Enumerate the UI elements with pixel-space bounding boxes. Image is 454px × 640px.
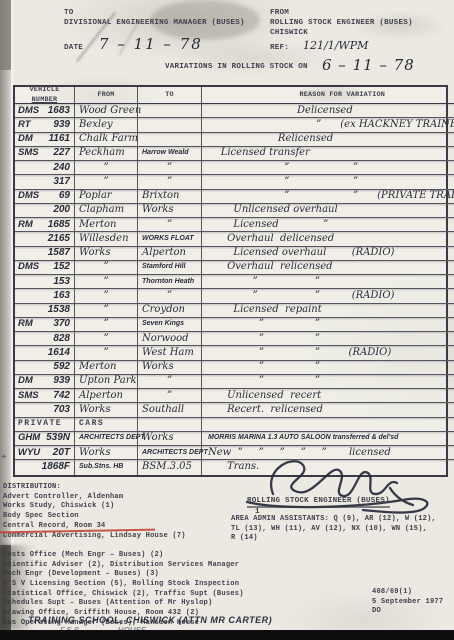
distribution-line: P S V Licensing Section (5), Rolling Sto… — [3, 580, 253, 590]
vehicle-prefix: SMS — [18, 391, 39, 401]
cell-from: ” — [75, 161, 138, 175]
binding-edge-dark-top — [0, 0, 11, 70]
cell-vehicle-number: 153 — [15, 275, 75, 289]
vehicle-number: 20T — [53, 448, 70, 458]
vehicle-number: 828 — [53, 334, 70, 344]
cell-to: Thornton Heath — [138, 275, 202, 289]
cell-vehicle-number: WYU20T — [15, 446, 75, 460]
cell-from-text: ” — [103, 348, 108, 358]
cell-from-text: Bexley — [79, 120, 113, 130]
cell-reason-text: ” ” — [208, 163, 358, 173]
footer-ref: 408/69(1) — [372, 588, 443, 598]
cell-reason-text: ” ” — [208, 277, 320, 287]
cell-from: Upton Park — [75, 375, 138, 389]
cell-to-text: ” — [167, 391, 172, 401]
vehicle-prefix: DMS — [18, 191, 39, 201]
variations-table: VEHICLE NUMBER FROM TO REASON FOR VARIAT… — [13, 85, 448, 477]
distribution-line: Schedules Supt – Buses (Attention of Mr … — [3, 599, 253, 609]
cell-from-text: ” — [103, 334, 108, 344]
cell-reason: Licensed repaint — [202, 304, 454, 318]
from-value-location: CHISWICK — [270, 29, 308, 38]
cell-from-text: Works — [79, 405, 111, 415]
footer-reference-block: 408/69(1) 5 September 1977 DO — [372, 588, 443, 617]
vehicle-number: 152 — [53, 262, 70, 272]
cell-reason: Licensed ” — [202, 218, 454, 232]
cell-from: Poplar — [75, 190, 138, 204]
cell-vehicle-number: DMS69 — [15, 190, 75, 204]
cell-to: Croydon — [138, 304, 202, 318]
vehicle-number: 1685 — [48, 220, 70, 230]
cell-reason-text: Unlicensed recert — [208, 391, 321, 401]
cell-from: Clapham — [75, 204, 138, 218]
vehicle-number: 240 — [53, 163, 70, 173]
col-header-vehicle-line1: VEHICLE — [30, 85, 60, 95]
vehicle-prefix: DMS — [18, 106, 39, 116]
date-value-handwritten: 7 – 11 – 78 — [99, 35, 203, 53]
cell-vehicle-number: 828 — [15, 332, 75, 346]
cell-from: Merton — [75, 218, 138, 232]
handwritten-training-school-line: TRAINING SCHOOL, CHISWICK (ATTN MR CARTE… — [28, 615, 272, 625]
cell-reason-text: ” ” — [208, 177, 358, 187]
cell-to-text: Brixton — [142, 191, 179, 201]
cell-vehicle-number: 1587 — [15, 247, 75, 261]
cell-to: ” — [138, 161, 202, 175]
cell-to: West Ham — [138, 346, 202, 360]
cell-from-text: ” — [103, 305, 108, 315]
cell-from: Wood Green — [75, 104, 138, 118]
cell-to: Harrow Weald — [138, 147, 202, 161]
cell-to-text: WORKS FLOAT — [142, 234, 194, 244]
cell-to: ” — [138, 175, 202, 189]
vehicle-prefix: DMS — [18, 262, 39, 272]
vehicle-number: 1868F — [42, 462, 70, 472]
vehicle-prefix: RT — [18, 120, 31, 130]
col-header-to-label: TO — [165, 90, 174, 100]
from-value: ROLLING STOCK ENGINEER (BUSES) — [270, 19, 413, 28]
cell-to: Norwood — [138, 332, 202, 346]
admin-assistants-line: AREA ADMIN ASSISTANTS: Q (9), AR (12), W… — [231, 515, 453, 525]
cell-vehicle-number: 2165 — [15, 232, 75, 246]
cell-reason: RelicensedE — [202, 133, 454, 147]
vehicle-prefix: RM — [18, 319, 33, 329]
distribution-line: Costs Office (Mech Engr – Buses) (2) — [3, 551, 253, 561]
cell-reason: Licensed transfer — [202, 147, 454, 161]
cell-from-text: ” — [103, 319, 108, 329]
cell-vehicle-number: 1868F — [15, 460, 75, 474]
pencil-plus-mark: + — [1, 452, 7, 463]
cell-reason-text: ” ” (RADIO) — [208, 291, 394, 301]
cell-to: ” — [138, 375, 202, 389]
cell-vehicle-number: RT939 — [15, 118, 75, 132]
vehicle-number: 939 — [53, 120, 70, 130]
cell-vehicle-number: 1538 — [15, 304, 75, 318]
cell-reason: ” ” — [202, 161, 454, 175]
cell-reason-text: Delicensed — [208, 106, 353, 116]
cell-to — [138, 133, 202, 147]
cell-from-text: ” — [103, 163, 108, 173]
cell-vehicle-number: RM1685 — [15, 218, 75, 232]
distribution-line: Commercial Advertising, Lindsay House (7… — [3, 532, 253, 542]
vehicle-number: 227 — [53, 148, 70, 158]
distribution-line: Works Study, Chiswick (1) — [3, 502, 253, 512]
cell-to-text: ” — [167, 291, 172, 301]
cell-reason: ” ” (PRIVATE TRAINER)NE — [202, 190, 454, 204]
cell-reason-text: Licensed ” — [208, 220, 328, 230]
cell-from: Sub.Stns. HB — [75, 460, 138, 474]
cell-from: ” — [75, 275, 138, 289]
cell-from: ” — [75, 175, 138, 189]
cell-reason: Overhaul relicensedE — [202, 261, 454, 275]
cell-from-text: Wood Green — [79, 106, 141, 116]
cell-to: Works — [138, 361, 202, 375]
cell-reason-text: ” ” — [208, 376, 320, 386]
cell-vehicle-number: DMS152 — [15, 261, 75, 275]
scan-bottom-bar — [0, 630, 454, 640]
cell-from: ” — [75, 332, 138, 346]
cell-reason-text: MORRIS MARINA 1.3 AUTO SALOON transferre… — [208, 433, 398, 443]
distribution-line: Advert Controller, Aldenham — [3, 493, 253, 503]
cell-reason-text: ” ” — [208, 334, 320, 344]
cell-from: CARS — [75, 418, 138, 432]
col-header-reason: REASON FOR VARIATION — [202, 87, 454, 104]
cell-vehicle-number: SMS227 — [15, 147, 75, 161]
cell-from-text: ARCHITECTS DEPT — [79, 433, 145, 443]
cell-to: ” — [138, 218, 202, 232]
cell-to: Seven Kings — [138, 318, 202, 332]
cell-to-text: ” — [167, 376, 172, 386]
vehicle-prefix: GHM — [18, 433, 40, 443]
cell-to-text: Works — [142, 433, 174, 443]
distribution-line: Mech Engr (Development – Buses) (3) — [3, 570, 253, 580]
cell-vehicle-number: 1614 — [15, 346, 75, 360]
ref-label: REF: — [270, 44, 289, 53]
vehicle-number: 1161 — [48, 134, 70, 144]
admin-assistants-line: TL (13), WH (11), AV (12), NX (10), WN (… — [231, 525, 453, 535]
signature-area — [235, 450, 450, 525]
cell-to-text: BSM.3.05 — [142, 462, 192, 472]
cell-from-text: Willesden — [79, 234, 129, 244]
cell-from-text: Sub.Stns. HB — [79, 462, 123, 472]
cell-from-text: Chalk Farm — [79, 134, 138, 144]
vehicle-number: 1538 — [48, 305, 70, 315]
cell-from: ” — [75, 261, 138, 275]
cell-to-text: Harrow Weald — [142, 148, 189, 158]
distribution-line — [3, 541, 253, 551]
cell-vehicle-number: 240 — [15, 161, 75, 175]
distribution-line: Body Spec Section — [3, 512, 253, 522]
cell-to: ” — [138, 389, 202, 403]
cell-reason-text: ” ” (RADIO) — [208, 348, 391, 358]
vehicle-number: 703 — [53, 405, 70, 415]
cell-reason-text: ” ” (PRIVATE TRAINER) — [208, 191, 454, 201]
cell-vehicle-number: DMS1683 — [15, 104, 75, 118]
vehicle-prefix: RM — [18, 220, 33, 230]
vehicle-number: 539N — [46, 433, 70, 443]
signature-scrawl — [235, 450, 450, 525]
cell-to-text: Croydon — [142, 305, 185, 315]
cell-reason-text: ” (ex HACKNEY TRAINER) — [208, 120, 454, 130]
vehicle-number: 1683 — [48, 106, 70, 116]
cell-from-text: Peckham — [79, 148, 125, 158]
cell-reason-text: Licensed repaint — [208, 305, 322, 315]
cell-vehicle-number: 703 — [15, 403, 75, 417]
cell-reason-text: Unlicensed overhaul — [208, 205, 338, 215]
distribution-list: DISTRIBUTION: Advert Controller, Aldenha… — [3, 483, 253, 629]
cell-reason: Unlicensed recertE — [202, 389, 454, 403]
cell-reason: MORRIS MARINA 1.3 AUTO SALOON transferre… — [202, 432, 454, 446]
cell-to: WORKS FLOAT — [138, 232, 202, 246]
cell-to: BSM.3.05 — [138, 460, 202, 474]
cell-to-text: Southall — [142, 405, 184, 415]
cell-to — [138, 418, 202, 432]
cell-from-text: ” — [103, 277, 108, 287]
vehicle-prefix: WYU — [18, 448, 40, 458]
document-title: VARIATIONS IN ROLLING STOCK ON — [165, 63, 308, 72]
col-header-vehicle-number: VEHICLE NUMBER — [15, 87, 75, 104]
cell-from: ” — [75, 304, 138, 318]
cell-from: ” — [75, 346, 138, 360]
signatory-title: ROLLING STOCK ENGINEER (BUSES) — [247, 497, 390, 508]
admin-assistants-line: R (14) — [231, 534, 453, 544]
cell-vehicle-number: PRIVATE — [15, 418, 75, 432]
cell-vehicle-number: 163 — [15, 289, 75, 303]
cell-to-text: ” — [167, 177, 172, 187]
cell-from-text: Poplar — [79, 191, 112, 201]
cell-reason: ” ” — [202, 175, 454, 189]
cell-from: Chalk Farm — [75, 133, 138, 147]
scanned-page: TO DIVISIONAL ENGINEERING MANAGER (BUSES… — [0, 0, 454, 640]
cell-to-text: ARCHITECTS DEPT — [142, 448, 208, 458]
cell-to: ARCHITECTS DEPT — [138, 446, 202, 460]
vehicle-number: 592 — [53, 362, 70, 372]
cell-to: Works — [138, 204, 202, 218]
cell-to-text: ” — [167, 163, 172, 173]
vehicle-number: 1587 — [48, 248, 70, 258]
distribution-line: Statistical Office, Chiswick (2), Traffi… — [3, 590, 253, 600]
cell-vehicle-number: DM939 — [15, 375, 75, 389]
vehicle-prefix: SMS — [18, 148, 39, 158]
cell-from-text: ” — [103, 291, 108, 301]
cell-from-text: CARS — [79, 419, 104, 429]
col-header-from: FROM — [75, 87, 138, 104]
cell-from: ARCHITECTS DEPT — [75, 432, 138, 446]
cell-to-text: Norwood — [142, 334, 189, 344]
cell-to: ” — [138, 289, 202, 303]
cell-reason: DelicensedE — [202, 104, 454, 118]
cell-reason-text: Overhaul delicensed — [208, 234, 334, 244]
cell-from-text: ” — [103, 177, 108, 187]
cell-from-text: Upton Park — [79, 376, 137, 386]
cell-vehicle-number: DM1161 — [15, 133, 75, 147]
cell-to-text: Alperton — [142, 248, 186, 258]
cell-to-text: Works — [142, 362, 174, 372]
cell-vehicle-number: 317 — [15, 175, 75, 189]
cell-from: Peckham — [75, 147, 138, 161]
cell-to-text: Seven Kings — [142, 319, 184, 329]
vehicle-number: 69 — [59, 191, 70, 201]
col-header-from-label: FROM — [97, 90, 114, 100]
vehicle-number: 2165 — [48, 234, 70, 244]
vehicle-prefix: PRIVATE — [18, 419, 62, 429]
cell-reason-text: Licensed transfer — [208, 148, 310, 158]
ref-value-handwritten: 121/1/WPM — [303, 39, 368, 52]
cell-reason-text: Licensed overhaul (RADIO) — [208, 248, 394, 258]
cell-reason: ” ” — [202, 318, 454, 332]
col-header-to: TO — [138, 87, 202, 104]
cell-reason: Recert. relicensedE — [202, 403, 454, 417]
vehicle-number: 742 — [53, 391, 70, 401]
cell-reason: ” ” — [202, 332, 454, 346]
cell-from-text: Alperton — [79, 391, 123, 401]
cell-from: Works — [75, 403, 138, 417]
cell-vehicle-number: 592 — [15, 361, 75, 375]
cell-reason-text: Recert. relicensed — [208, 405, 323, 415]
title-date-handwritten: 6 – 11 – 78 — [322, 56, 415, 74]
cell-from-text: Merton — [79, 220, 116, 230]
cell-from: Alperton — [75, 389, 138, 403]
cell-reason — [202, 418, 454, 432]
cell-from: Bexley — [75, 118, 138, 132]
vehicle-prefix: DM — [18, 134, 33, 144]
cell-reason: Licensed overhaul (RADIO) — [202, 247, 454, 261]
cell-to — [138, 118, 202, 132]
cell-from-text: Clapham — [79, 205, 124, 215]
distribution-line: Scientific Adviser (2), Distribution Ser… — [3, 561, 253, 571]
cell-from: Merton — [75, 361, 138, 375]
cell-reason: ” ”E — [202, 275, 454, 289]
cell-reason-text: ” ” — [208, 362, 320, 372]
cell-from-text: Merton — [79, 362, 116, 372]
vehicle-number: 1614 — [48, 348, 70, 358]
cell-from-text: Works — [79, 248, 111, 258]
cell-to-text: Works — [142, 205, 174, 215]
distribution-title: DISTRIBUTION: — [3, 483, 253, 493]
cell-reason-text: Overhaul relicensed — [208, 262, 333, 272]
cell-from: ” — [75, 289, 138, 303]
cell-to-text: West Ham — [142, 348, 194, 358]
cell-to-text: ” — [167, 220, 172, 230]
cell-to: Alperton — [138, 247, 202, 261]
cell-to — [138, 104, 202, 118]
to-value: DIVISIONAL ENGINEERING MANAGER (BUSES) — [64, 19, 245, 28]
cell-reason: Overhaul delicensedE — [202, 232, 454, 246]
vehicle-number: 317 — [53, 177, 70, 187]
cell-vehicle-number: GHM539N — [15, 432, 75, 446]
from-label: FROM — [270, 9, 289, 18]
cell-from: ” — [75, 318, 138, 332]
cell-reason-text: Relicensed — [208, 134, 333, 144]
cell-reason: ” ” — [202, 375, 454, 389]
vehicle-prefix: DM — [18, 376, 33, 386]
to-label: TO — [64, 9, 74, 18]
vehicle-number: 200 — [53, 205, 70, 215]
cell-vehicle-number: RM370 — [15, 318, 75, 332]
cell-from: Works — [75, 446, 138, 460]
cell-to: Stamford Hill — [138, 261, 202, 275]
cell-reason-text: ” ” — [208, 319, 320, 329]
col-header-reason-label: REASON FOR VARIATION — [299, 90, 385, 100]
cell-to: Southall — [138, 403, 202, 417]
area-admin-assistants: AREA ADMIN ASSISTANTS: Q (9), AR (12), W… — [231, 515, 453, 544]
cell-reason: ” ” — [202, 361, 454, 375]
cell-from: Willesden — [75, 232, 138, 246]
cell-from-text: Works — [79, 448, 111, 458]
cell-reason: ” (ex HACKNEY TRAINER)NE — [202, 118, 454, 132]
vehicle-number: 370 — [53, 319, 70, 329]
footer-date: 5 September 1977 — [372, 598, 443, 608]
cell-to: Brixton — [138, 190, 202, 204]
cell-to-text: Stamford Hill — [142, 262, 186, 272]
cell-vehicle-number: 200 — [15, 204, 75, 218]
date-label: DATE — [64, 44, 83, 53]
cell-reason: ” ” (RADIO) — [202, 346, 454, 360]
cell-from-text: ” — [103, 262, 108, 272]
footer-initials: DO — [372, 607, 443, 617]
vehicle-number: 163 — [53, 291, 70, 301]
cell-to-text: Thornton Heath — [142, 277, 194, 287]
vehicle-number: 939 — [53, 376, 70, 386]
cell-from: Works — [75, 247, 138, 261]
cell-vehicle-number: SMS742 — [15, 389, 75, 403]
cell-reason: ” ” (RADIO)E — [202, 289, 454, 303]
vehicle-number: 153 — [53, 277, 70, 287]
cell-reason: Unlicensed overhaulE — [202, 204, 454, 218]
cell-to: Works — [138, 432, 202, 446]
